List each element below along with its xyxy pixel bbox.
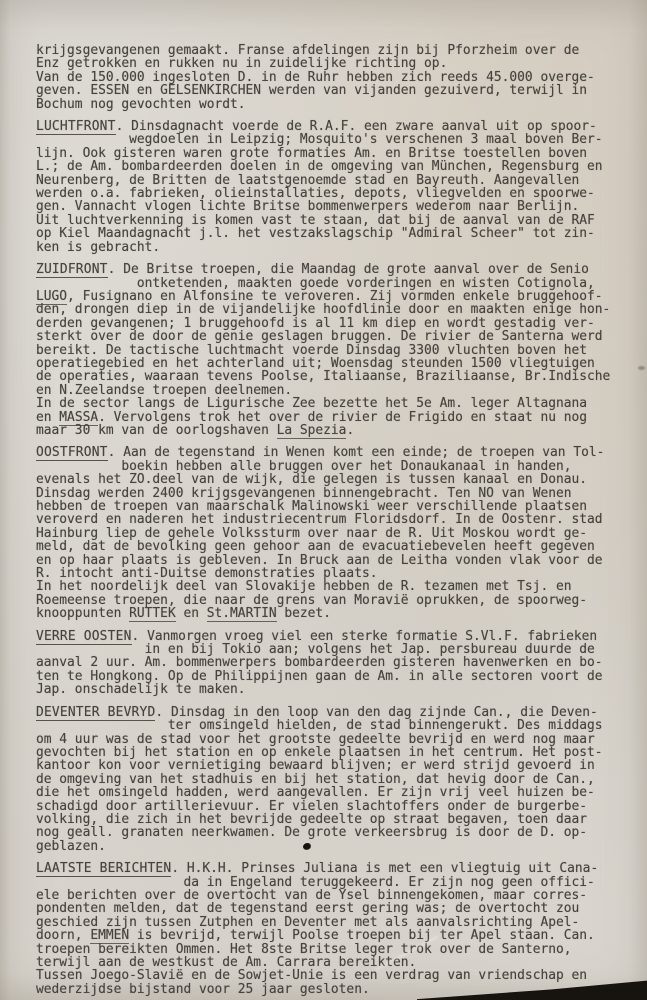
text-line: doorn, EMMEN is bevrijd, terwijl Poolse …	[36, 929, 633, 942]
text-line: meld, dat de bevolking geen gehoor aan d…	[36, 540, 633, 553]
text-line: In het noordelijk deel van Slovakije heb…	[36, 580, 633, 593]
text-line: terwijl aan de westkust de Am. Carrara b…	[36, 956, 633, 969]
text-line: LUGO, Fusignano en Alfonsine te verovere…	[36, 290, 633, 303]
text-line: geschied zijn tussen Zutphen en Deventer…	[36, 916, 633, 929]
text-line: in en bij Tokio aan; volgens het Jap. pe…	[36, 643, 633, 656]
text-line: gevochten bij het station en op enkele p…	[36, 746, 633, 759]
text-line: DEVENTER BEVRYD. Dinsdag in den loop van…	[36, 706, 633, 719]
text-line: hebben de troepen van maarschalk Malinow…	[36, 500, 633, 513]
text-line: maar 30 km van de oorlogshaven La Spezia…	[36, 424, 633, 437]
text-line: Van de 150.000 ingesloten D. in de Ruhr …	[36, 71, 633, 84]
text-line: kantoor kon voor vernietiging bewaard bl…	[36, 759, 633, 772]
text-line: evenals het ZO.deel van de wijk, die gel…	[36, 473, 633, 486]
paper-speck	[638, 366, 645, 370]
text-line: Hainburg liep de gehele Volkssturm over …	[36, 527, 633, 540]
text-line: derden gevangenen; 1 bruggehoofd is al 1…	[36, 317, 633, 330]
text-line: Bochum nog gevochten wordt.	[36, 98, 633, 111]
text-line: en op haar plaats is gebleven. In Bruck …	[36, 554, 633, 567]
text-line: VERRE OOSTEN. Vanmorgen vroeg viel een s…	[36, 630, 633, 643]
text-line: nog geall. granaten neerkwamen. De grote…	[36, 826, 633, 839]
text-line: schadigd door artillerievuur. Er vielen …	[36, 800, 633, 813]
section-deventer-bevryd: DEVENTER BEVRYD. Dinsdag in den loop van…	[36, 706, 633, 853]
text-line: ontketenden, maakten goede vorderingen e…	[36, 277, 633, 290]
text-line: werden o.a. fabrieken, olieinstallaties,…	[36, 187, 633, 200]
text-line: geven. ESSEN en GELSENKIRCHEN werden van…	[36, 84, 633, 97]
section-zuidfront: ZUIDFRONT. De Britse troepen, die Maanda…	[36, 263, 633, 437]
text-line: den, drongen diep in de vijandelijke hoo…	[36, 303, 633, 316]
text-line: Uit luchtverkenning is komen vast te sta…	[36, 214, 633, 227]
text-line: ter omsingeld hielden, de stad binnenger…	[36, 719, 633, 732]
text-line: LUCHTFRONT. Dinsdagnacht voerde de R.A.F…	[36, 120, 633, 133]
underlined-place-name: La Spezia	[277, 423, 347, 439]
text-line: en MASSA. Vervolgens trok het over de ri…	[36, 411, 633, 424]
text-line: boekin hebben alle bruggen over het Dona…	[36, 460, 633, 473]
text-line: troepen bereikten Ommen. Het 8ste Britse…	[36, 943, 633, 956]
document-page: krijgsgevangenen gemaakt. Franse afdelin…	[36, 44, 633, 1000]
section-laatste-berichten: LAATSTE BERICHTEN. H.K.H. Prinses Julian…	[36, 862, 633, 996]
text-line: da in Engeland teruggekeerd. Er zijn nog…	[36, 876, 633, 889]
text-line: Enz getrokken en rukken nu in zuidelijke…	[36, 57, 633, 70]
text-line: operatiegebied en het achterland uit; Wo…	[36, 357, 633, 370]
section-verre-oosten: VERRE OOSTEN. Vanmorgen vroeg viel een s…	[36, 630, 633, 697]
text-line: de operaties, waaraan tevens Poolse, Ita…	[36, 370, 633, 383]
text-line: ken is gebracht.	[36, 241, 633, 254]
text-line: Tussen Joego-Slavië en de Sowjet-Unie is…	[36, 969, 633, 982]
text-line: Jap. onschadelijk te maken.	[36, 683, 633, 696]
section-luchtfront: LUCHTFRONT. Dinsdagnacht voerde de R.A.F…	[36, 120, 633, 254]
text-line: ten te Hongkong. Op de Philippijnen gaan…	[36, 670, 633, 683]
text-line: sterkt over de door de genie geslagen br…	[36, 330, 633, 343]
text-line: OOSTFRONT. Aan de tegenstand in Wenen ko…	[36, 446, 633, 459]
text-line: knooppunten RUTTEK en St.MARTIN bezet.	[36, 607, 633, 620]
text-line: In de sector langs de Ligurische Zee bez…	[36, 397, 633, 410]
text-line: om 4 uur was de stad voor het grootste g…	[36, 733, 633, 746]
text-line: op Kiel Maandagnacht j.l. het vestzaksla…	[36, 227, 633, 240]
text-line: Roemeense troepen, die naar de grens van…	[36, 594, 633, 607]
text-line: Dinsdag werden 2400 krijgsgevangenen bin…	[36, 487, 633, 500]
underlined-place-name: St.MARTIN	[207, 606, 277, 622]
text-line: bereikt. De tactische luchtmacht voerde …	[36, 344, 633, 357]
text-line: ele berichten over de overtocht van de Y…	[36, 889, 633, 902]
text-line: ZUIDFRONT. De Britse troepen, die Maanda…	[36, 263, 633, 276]
text-line: de omgeving van het stadhuis en bij het …	[36, 773, 633, 786]
section-intro: krijgsgevangenen gemaakt. Franse afdelin…	[36, 44, 633, 111]
text-line: en N.Zeelandse troepen deelnemen.	[36, 384, 633, 397]
text-line: Neurenberg, de Britten de laatstgenoemde…	[36, 174, 633, 187]
text-line: gen. Vannacht vlogen lichte Britse bomme…	[36, 200, 633, 213]
text-line: aanval 2 uur. Am. bommenwerpers bombarde…	[36, 656, 633, 669]
text-line: veroverd en naderen het industriecentrum…	[36, 513, 633, 526]
text-line: volking, die zich in het bevrijde gedeel…	[36, 813, 633, 826]
section-oostfront: OOSTFRONT. Aan de tegenstand in Wenen ko…	[36, 446, 633, 620]
text-line: krijgsgevangenen gemaakt. Franse afdelin…	[36, 44, 633, 57]
text-line: lijn. Ook gisteren waren grote formaties…	[36, 147, 633, 160]
text-line: pondenten melden, dat de tegenstand eers…	[36, 902, 633, 915]
text-line: L.; de Am. bombardeerden doelen in de om…	[36, 160, 633, 173]
text-line: geblazen.	[36, 840, 633, 853]
text-line: R. intocht anti-Duitse demonstraties pla…	[36, 567, 633, 580]
text-line: LAATSTE BERICHTEN. H.K.H. Prinses Julian…	[36, 862, 633, 875]
text-line: die het omsingeld hadden, werd aangevall…	[36, 786, 633, 799]
text-line: wegdoelen in Leipzig; Mosquito's versche…	[36, 133, 633, 146]
underlined-place-name: RUTTEK	[129, 606, 176, 622]
